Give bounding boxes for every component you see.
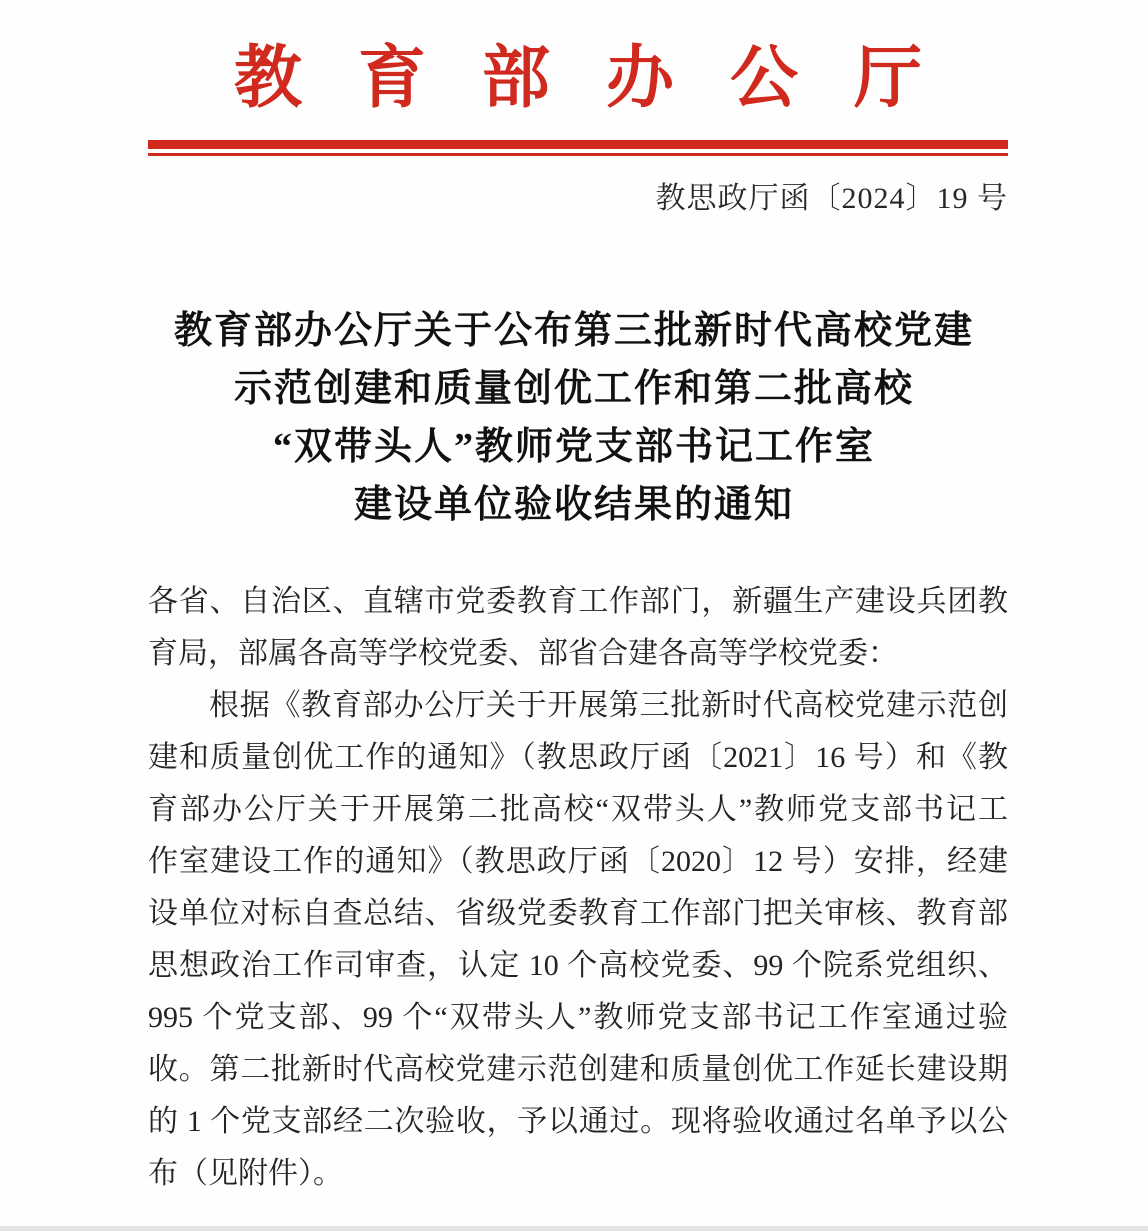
body-line-10: 收。第二批新时代高校党建示范创建和质量创优工作延长建设期 xyxy=(148,1044,1008,1096)
document-number: 教思政厅函〔2024〕19 号 xyxy=(148,182,1008,216)
document-title: 教育部办公厅关于公布第三批新时代高校党建 示范创建和质量创优工作和第二批高校 “… xyxy=(0,302,1148,534)
body-line-8: 思想政治工作司审查，认定 10 个高校党委、99 个院系党组织、 xyxy=(148,940,1008,992)
body-line-1: 各省、自治区、直辖市党委教育工作部门，新疆生产建设兵团教 xyxy=(148,576,1008,628)
body-line-9: 995 个党支部、99 个“双带头人”教师党支部书记工作室通过验 xyxy=(148,992,1008,1044)
page-bottom-edge xyxy=(0,1226,1148,1231)
body-line-11: 的 1 个党支部经二次验收，予以通过。现将验收通过名单予以公 xyxy=(148,1096,1008,1148)
letterhead: 教育部办公厅 xyxy=(148,0,1008,156)
body-line-12: 布（见附件）。 xyxy=(148,1148,1008,1200)
body-line-5: 育部办公厅关于开展第二批高校“双带头人”教师党支部书记工 xyxy=(148,784,1008,836)
body-line-3: 根据《教育部办公厅关于开展第三批新时代高校党建示范创 xyxy=(148,680,1008,732)
body-line-4: 建和质量创优工作的通知》（教思政厅函〔2021〕16 号）和《教 xyxy=(148,732,1008,784)
document-page: 教育部办公厅 教思政厅函〔2024〕19 号 教育部办公厅关于公布第三批新时代高… xyxy=(0,0,1148,1231)
title-line-4: 建设单位验收结果的通知 xyxy=(0,476,1148,534)
agency-name: 教育部办公厅 xyxy=(148,30,1008,126)
letterhead-rule-thick xyxy=(148,140,1008,149)
body-line-6: 作室建设工作的通知》（教思政厅函〔2020〕12 号）安排，经建 xyxy=(148,836,1008,888)
body-line-7: 设单位对标自查总结、省级党委教育工作部门把关审核、教育部 xyxy=(148,888,1008,940)
title-line-2: 示范创建和质量创优工作和第二批高校 xyxy=(0,360,1148,418)
document-body: 各省、自治区、直辖市党委教育工作部门，新疆生产建设兵团教 育局，部属各高等学校党… xyxy=(148,576,1008,1200)
title-line-3: “双带头人”教师党支部书记工作室 xyxy=(0,418,1148,476)
letterhead-rule-thin xyxy=(148,153,1008,156)
title-line-1: 教育部办公厅关于公布第三批新时代高校党建 xyxy=(0,302,1148,360)
body-line-2: 育局，部属各高等学校党委、部省合建各高等学校党委： xyxy=(148,628,1008,680)
